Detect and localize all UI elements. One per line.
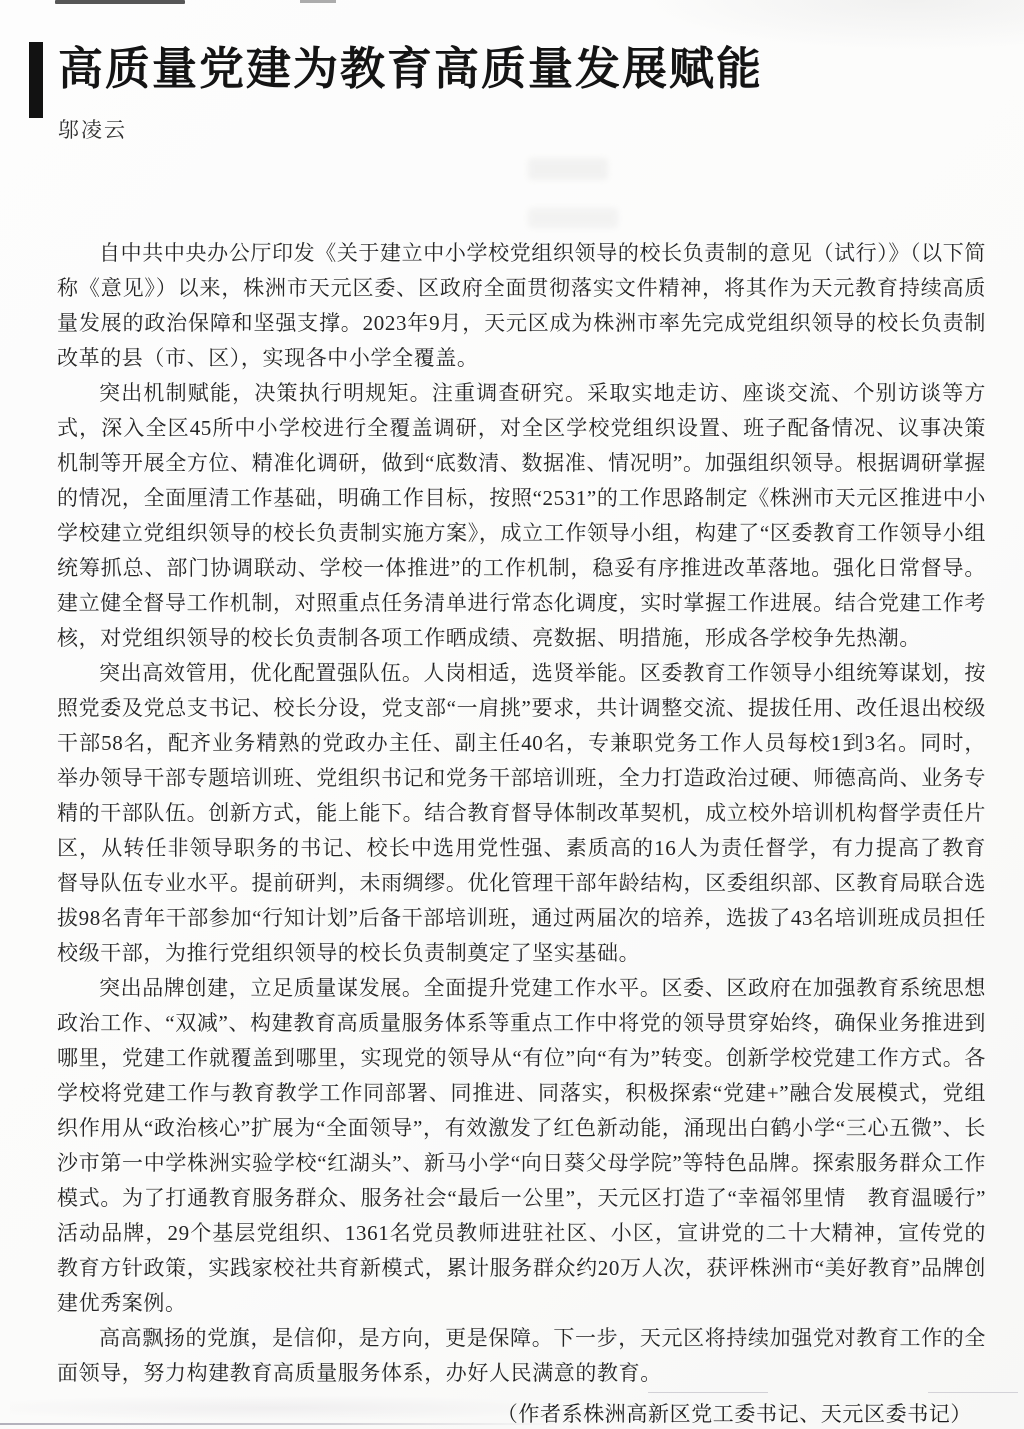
title-block: 高质量党建为教育高质量发展赋能 <box>29 42 763 118</box>
page-title: 高质量党建为教育高质量发展赋能 <box>58 42 763 95</box>
scan-artifact-top-left <box>55 0 185 4</box>
paragraph: 突出机制赋能，决策执行明规矩。注重调查研究。采取实地走访、座谈交流、个别访谈等方… <box>57 376 986 656</box>
scanned-article-page: 高质量党建为教育高质量发展赋能 邬凌云 自中共中央办公厅印发《关于建立中小学校党… <box>0 0 1024 1429</box>
scan-bleedthrough-smudge <box>528 208 618 228</box>
title-accent-bar <box>29 42 43 118</box>
article-body: 自中共中央办公厅印发《关于建立中小学校党组织领导的校长负责制的意见（试行）》（以… <box>57 236 986 1429</box>
scan-bleedthrough-smudge <box>528 158 608 180</box>
author-name: 邬凌云 <box>58 114 127 144</box>
paragraph: 自中共中央办公厅印发《关于建立中小学校党组织领导的校长负责制的意见（试行）》（以… <box>57 236 986 376</box>
paragraph: 高高飘扬的党旗，是信仰，是方向，更是保障。下一步，天元区将持续加强党对教育工作的… <box>57 1321 986 1391</box>
author-attribution: （作者系株洲高新区党工委书记、天元区委书记） <box>57 1397 986 1429</box>
scan-artifact-top-mid <box>300 0 336 3</box>
paragraph: 突出高效管用，优化配置强队伍。人岗相适，选贤举能。区委教育工作领导小组统筹谋划，… <box>57 656 986 971</box>
paragraph: 突出品牌创建，立足质量谋发展。全面提升党建工作水平。区委、区政府在加强教育系统思… <box>57 971 986 1321</box>
